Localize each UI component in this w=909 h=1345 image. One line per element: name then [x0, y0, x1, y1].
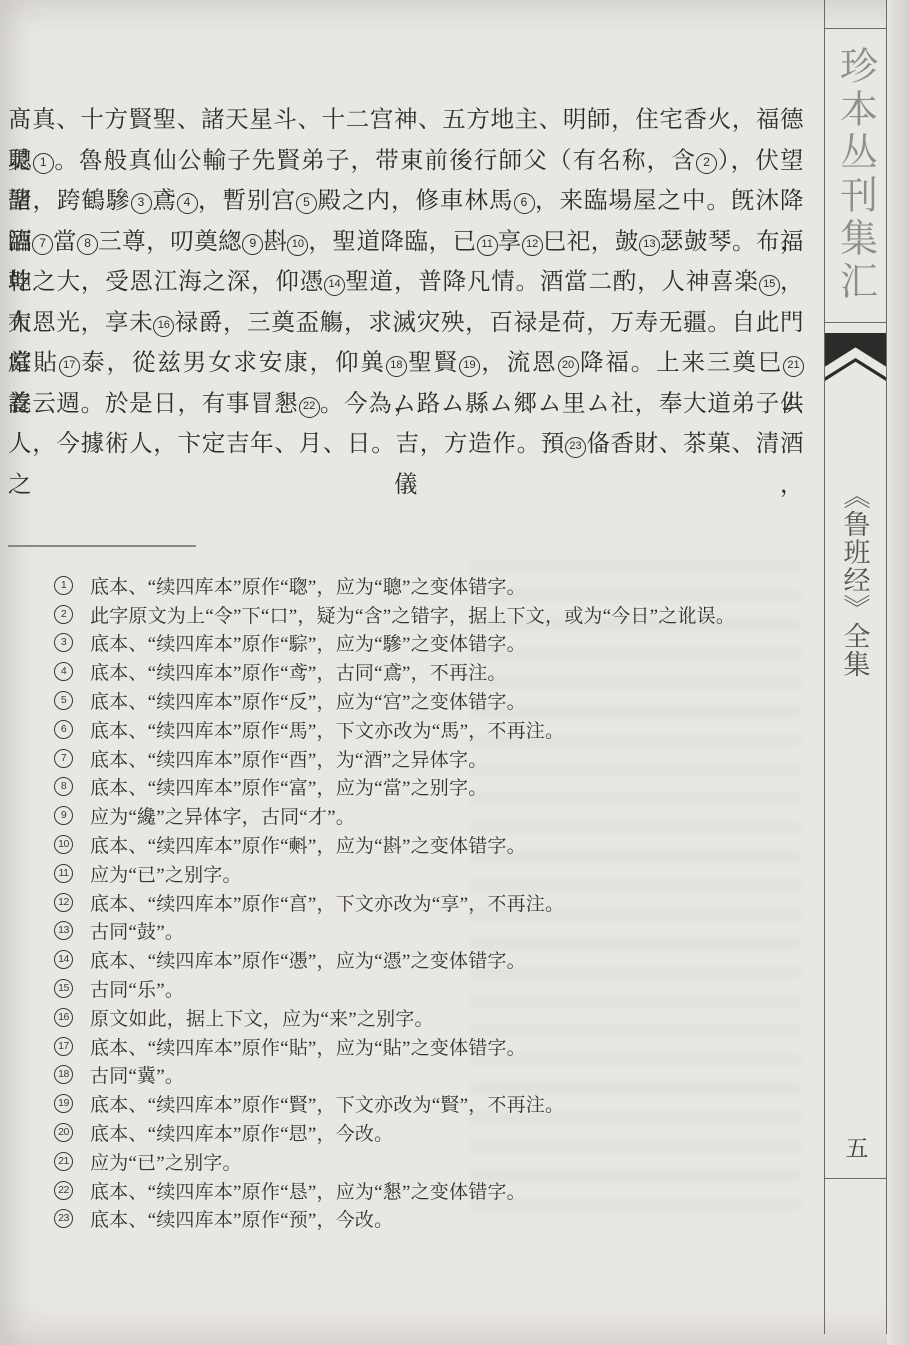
chevron-up-ornament: [825, 333, 886, 381]
footnote-text: 应为“已”之别字。: [90, 1148, 242, 1175]
page-number-text: 五: [839, 1136, 872, 1159]
text-run: 聖賢: [407, 350, 459, 376]
footnote-item: 11应为“已”之别字。: [54, 859, 774, 888]
footnote-number: 4: [54, 662, 73, 681]
text-run: 酒: [8, 229, 32, 255]
inline-footnote-marker: 14: [324, 275, 345, 296]
text-line: 布恩光，享未16禄爵，三奠盃觴，求滅灾殃，百禄是荷，万寿无疆。自此門庭: [8, 303, 804, 344]
footnote-text: 底本、“续四库本”原作“鸢”，古同“鳶”，不再注。: [90, 658, 507, 685]
inline-footnote-marker: 11: [477, 235, 498, 256]
book-title: 《鲁班经》全集: [824, 482, 886, 678]
text-line: 養云週。於是日，有事冒懇22。今為ム路ム縣ム郷ム里ム社，奉大道弟子ム: [8, 384, 804, 425]
inline-footnote-marker: 10: [287, 235, 308, 256]
footnote-text: 古同“冀”。: [90, 1061, 184, 1088]
sidebar-top-rule: [824, 28, 887, 29]
footnote-item: 10底本、“续四库本”原作“㪺”，应为“斟”之变体错字。: [54, 830, 774, 859]
footnote-item: 17底本、“续四库本”原作“貼”，应为“貼”之变体错字。: [54, 1032, 774, 1061]
inline-footnote-marker: 19: [459, 356, 480, 377]
text-line: 髙真、十方賢聖、諸天星斗、十二宫神、五方地主、明師，住宅香火，福德灵: [8, 100, 804, 141]
footnote-number: 20: [54, 1123, 73, 1142]
text-run: 鳶: [152, 188, 177, 214]
footnote-text: 底本、“续四库本”原作“预”，今改。: [90, 1205, 393, 1232]
footnote-text: 底本、“续四库本”原作“酉”，为“酒”之异体字。: [90, 745, 487, 772]
footnote-text: 此字原文为上“令”下“口”，疑为“含”之错字，据上下文，或为“今日”之讹误。: [90, 601, 735, 628]
text-run: 聖，跨鶴驂: [8, 188, 131, 214]
footnote-item: 8底本、“续四库本”原作“富”，应为“當”之别字。: [54, 773, 774, 802]
footnote-text: 底本、“续四库本”原作“聦”，应为“聰”之变体错字。: [90, 572, 526, 599]
text-line: 坤之大，受恩江海之深，仰憑14聖道，普降凡情。酒當二酌，人神喜楽15，大: [8, 262, 804, 303]
footnote-text: 底本、“续四库本”原作“亯”，下文亦改为“享”，不再注。: [90, 889, 564, 916]
inline-footnote-marker: 21: [783, 356, 804, 377]
footnote-text: 底本、“续四库本”原作“㤙”，今改。: [90, 1119, 393, 1146]
footnote-number: 22: [54, 1181, 73, 1200]
footnote-item: 13古同“鼓”。: [54, 917, 774, 946]
footnote-number: 21: [54, 1152, 73, 1171]
footnote-item: 7底本、“续四库本”原作“酉”，为“酒”之异体字。: [54, 744, 774, 773]
inline-footnote-marker: 9: [242, 234, 263, 255]
text-run: 聰: [8, 148, 33, 174]
text-line: 常貼17泰，從兹男女求安康，仰兾18聖賢19，流恩20降福。上来三奠巳21訖，供: [8, 343, 804, 384]
footnote-number: 16: [54, 1008, 73, 1027]
footnote-item: 1底本、“续四库本”原作“聦”，应为“聰”之变体错字。: [54, 571, 774, 600]
footnote-number: 17: [54, 1037, 73, 1056]
footnote-number: 3: [54, 633, 73, 652]
footnote-number: 7: [54, 749, 73, 768]
footnote-number: 14: [54, 950, 73, 969]
text-run: 常貼: [8, 350, 59, 376]
footnote-item: 6底本、“续四库本”原作“馬”，下文亦改为“馬”，不再注。: [54, 715, 774, 744]
footnote-number: 11: [54, 864, 73, 883]
footnote-item: 15古同“乐”。: [54, 974, 774, 1003]
inline-footnote-marker: 23: [565, 437, 586, 458]
inline-footnote-marker: 17: [59, 356, 80, 377]
text-run: 巳祀，皷: [543, 229, 639, 255]
footnote-item: 22底本、“续四库本”原作“恳”，应为“懇”之变体错字。: [54, 1176, 774, 1205]
footnote-number: 15: [54, 979, 73, 998]
text-run: 坤之大，受恩江海之深，仰憑: [8, 269, 324, 295]
footnote-text: 底本、“续四库本”原作“慿”，应为“憑”之变体错字。: [90, 946, 526, 973]
book-title-text: 《鲁班经》全集: [836, 482, 875, 678]
inline-footnote-marker: 7: [32, 234, 53, 255]
footnote-number: 12: [54, 893, 73, 912]
footnote-text: 古同“乐”。: [90, 975, 184, 1002]
footnote-item: 20底本、“续四库本”原作“㤙”，今改。: [54, 1118, 774, 1147]
series-title: 珍本丛刊集汇: [824, 46, 886, 304]
text-run: 。今為ム路ム縣ム郷ム里ム社，奉大道弟子ム: [320, 391, 804, 417]
inline-footnote-marker: 15: [759, 275, 780, 296]
footnote-text: 底本、“续四库本”原作“㪺”，应为“斟”之变体错字。: [90, 831, 526, 858]
footnote-text: 底本、“续四库本”原作“貼”，应为“貼”之变体错字。: [90, 1033, 526, 1060]
series-title-text: 珍本丛刊集汇: [828, 46, 883, 304]
footnote-number: 23: [54, 1209, 73, 1228]
page-edge-shading: [887, 0, 909, 1345]
footnote-text: 古同“鼓”。: [90, 917, 184, 944]
sidebar-bottom-rule: [824, 1178, 887, 1179]
text-run: 三尊，叨奠緫: [98, 229, 242, 255]
text-run: ，聖道降臨，已: [308, 229, 476, 255]
text-run: ，暫别宫: [198, 188, 297, 214]
sidebar-mid-rule: [824, 322, 887, 323]
footnote-text: 底本、“续四库本”原作“馬”，下文亦改为“馬”，不再注。: [90, 716, 564, 743]
text-run: 養云週。於是日，有事冒懇: [8, 391, 299, 417]
footnote-item: 3底本、“续四库本”原作“騌”，应为“驂”之变体错字。: [54, 629, 774, 658]
footnote-number: 2: [54, 605, 73, 624]
text-run: 。魯般真仙公輸子先賢弟子，带東前後行師父（有名称，含: [54, 148, 696, 174]
inline-footnote-marker: 5: [296, 193, 317, 214]
footnote-text: 底本、“续四库本”原作“賢”，下文亦改为“賢”，不再注。: [90, 1090, 564, 1117]
footnote-number: 6: [54, 720, 73, 739]
inline-footnote-marker: 16: [153, 316, 174, 337]
inline-footnote-marker: 4: [177, 193, 198, 214]
text-run: 享: [498, 229, 522, 255]
inline-footnote-marker: 22: [299, 397, 320, 418]
footnote-number: 8: [54, 777, 73, 796]
inline-footnote-marker: 12: [522, 235, 543, 256]
text-line: 聰1。魯般真仙公輸子先賢弟子，带東前後行師父（有名称，含2），伏望諸: [8, 141, 804, 182]
footnote-item: 14底本、“续四库本”原作“慿”，应为“憑”之变体错字。: [54, 945, 774, 974]
footnote-number: 13: [54, 921, 73, 940]
footnotes-block: 1底本、“续四库本”原作“聦”，应为“聰”之变体错字。2此字原文为上“令”下“口…: [54, 571, 774, 1233]
footnote-text: 底本、“续四库本”原作“騌”，应为“驂”之变体错字。: [90, 629, 526, 656]
text-run: 泰，從兹男女求安康，仰兾: [80, 350, 386, 376]
text-run: 聖道，普降凡情。酒當二酌，人神喜楽: [345, 269, 759, 295]
scanned-book-page: 髙真、十方賢聖、諸天星斗、十二宫神、五方地主、明師，住宅香火，福德灵聰1。魯般真…: [0, 0, 909, 1345]
text-run: 殿之内，修車林馬: [317, 188, 514, 214]
footnote-text: 应为“已”之别字。: [90, 860, 242, 887]
text-line: 聖，跨鶴驂3鳶4，暫别宫5殿之内，修車林馬6，来臨場屋之中。旣沐降臨，: [8, 181, 804, 222]
page-number: 五: [824, 1136, 886, 1159]
footnote-item: 18古同“冀”。: [54, 1061, 774, 1090]
footnote-item: 9应为“纔”之异体字，古同“才”。: [54, 801, 774, 830]
inline-footnote-marker: 20: [558, 356, 579, 377]
footnote-number: 10: [54, 835, 73, 854]
footnote-text: 原文如此，据上下文，应为“来”之别字。: [90, 1004, 434, 1031]
footnote-item: 16原文如此，据上下文，应为“来”之别字。: [54, 1003, 774, 1032]
footnote-text: 底本、“续四库本”原作“反”，应为“宫”之变体错字。: [90, 687, 526, 714]
footnote-number: 9: [54, 806, 73, 825]
text-run: 布恩光，享未: [8, 310, 153, 336]
footnote-item: 12底本、“续四库本”原作“亯”，下文亦改为“享”，不再注。: [54, 888, 774, 917]
footnote-item: 2此字原文为上“令”下“口”，疑为“含”之错字，据上下文，或为“今日”之讹误。: [54, 600, 774, 629]
footnote-text: 底本、“续四库本”原作“富”，应为“當”之别字。: [90, 773, 487, 800]
footnote-number: 1: [54, 576, 73, 595]
footnote-item: 4底本、“续四库本”原作“鸢”，古同“鳶”，不再注。: [54, 657, 774, 686]
footnote-divider-line: [8, 545, 196, 547]
footnote-text: 应为“纔”之异体字，古同“才”。: [90, 802, 355, 829]
text-run: ，流恩: [480, 350, 558, 376]
text-line: 人，今據術人，卞定吉年、月、日。吉，方造作。預23俻香財、茶菓、清酒之儀，: [8, 424, 804, 465]
text-run: 斟: [263, 229, 287, 255]
inline-footnote-marker: 13: [639, 235, 660, 256]
footnote-number: 5: [54, 691, 73, 710]
inline-footnote-marker: 2: [696, 153, 717, 174]
text-line: 酒7當8三尊，叨奠緫9斟10，聖道降臨，已11享12巳祀，皷13瑟皷琴。布福乾: [8, 222, 804, 263]
inline-footnote-marker: 8: [77, 234, 98, 255]
text-run: 降福。上来三奠巳: [579, 350, 783, 376]
main-text-block: 髙真、十方賢聖、諸天星斗、十二宫神、五方地主、明師，住宅香火，福德灵聰1。魯般真…: [8, 100, 804, 465]
inline-footnote-marker: 6: [514, 193, 535, 214]
inline-footnote-marker: 18: [386, 356, 407, 377]
text-run: 當: [53, 229, 77, 255]
footnote-item: 5底本、“续四库本”原作“反”，应为“宫”之变体错字。: [54, 686, 774, 715]
footnote-text: 底本、“续四库本”原作“恳”，应为“懇”之变体错字。: [90, 1177, 526, 1204]
inline-footnote-marker: 1: [33, 153, 54, 174]
inline-footnote-marker: 3: [131, 193, 152, 214]
footnote-number: 19: [54, 1094, 73, 1113]
footnote-item: 19底本、“续四库本”原作“賢”，下文亦改为“賢”，不再注。: [54, 1089, 774, 1118]
text-run: 人，今據術人，卞定吉年、月、日。吉，方造作。預: [8, 431, 565, 457]
footnote-item: 21应为“已”之别字。: [54, 1147, 774, 1176]
footnote-number: 18: [54, 1065, 73, 1084]
footnote-item: 23底本、“续四库本”原作“预”，今改。: [54, 1205, 774, 1234]
